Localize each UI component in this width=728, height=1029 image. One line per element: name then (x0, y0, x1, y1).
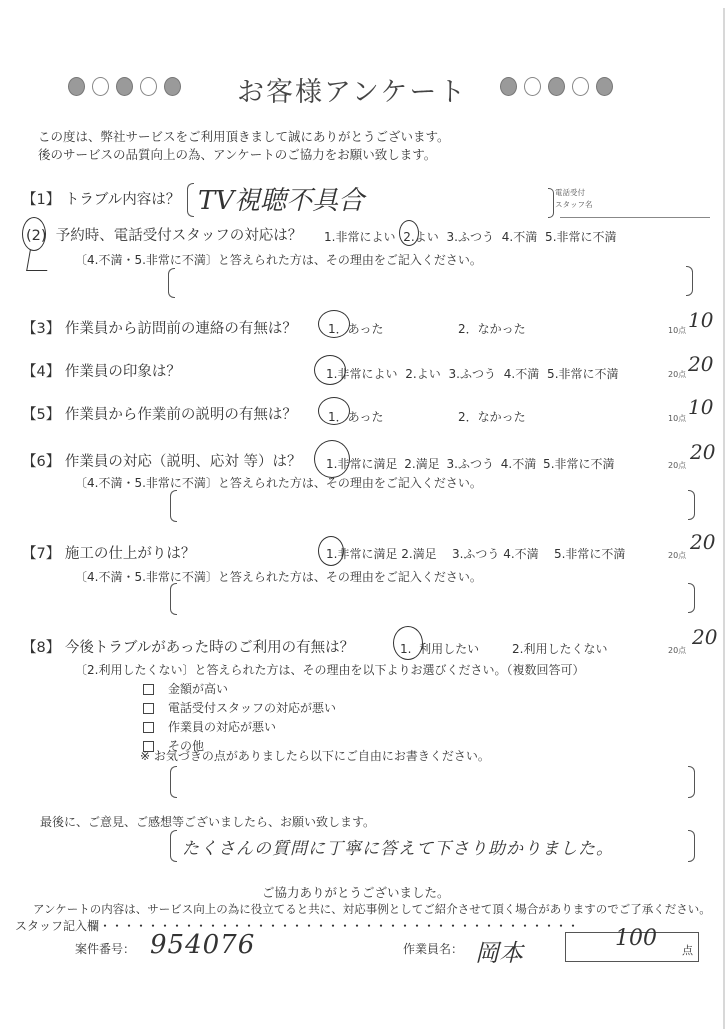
question-5: 【5】 作業員から作業前の説明の有無は？ (22, 403, 297, 424)
question-7-reason-prompt: 〔4.不満・5.非常に不満〕と答えられた方は、その理由をご記入ください。 (75, 568, 482, 585)
reason-field-right (688, 583, 695, 613)
question-2-options[interactable]: 1.非常によい 2.よい 3.ふつう 4.不満 5.非常に不満 (324, 228, 617, 245)
worker-name-label: 作業員名： (403, 940, 463, 957)
question-8: 【8】 今後トラブルがあった時のご利用の有無は？ (22, 636, 354, 657)
intro-text: この度は、弊社サービスをご利用頂きまして誠にありがとうございます。 後のサービス… (38, 128, 450, 164)
question-3-option-2[interactable]: 2．なかった (458, 320, 526, 337)
total-score-handwritten: 100 (615, 926, 657, 951)
reason-field-right (688, 490, 695, 520)
answer-bracket (187, 183, 194, 217)
question-5-option-2[interactable]: 2．なかった (458, 408, 526, 425)
final-comment-field-right (688, 830, 695, 862)
question-8-option-2[interactable]: 2.利用したくない (512, 640, 607, 657)
selected-circle (393, 626, 423, 660)
staff-name-line (560, 217, 710, 218)
question-2: (2) 予約時、電話受付スタッフの対応は？ (26, 224, 302, 245)
case-number-handwritten[interactable]: 954076 (150, 930, 255, 960)
selected-circle (314, 440, 350, 478)
question-6-reason-prompt: 〔4.不満・5.非常に不満〕と答えられた方は、その理由をご記入ください。 (75, 474, 482, 491)
question-6-options[interactable]: 1.非常に満足 2.満足 3.ふつう 4.不満 5.非常に不満 (326, 455, 615, 472)
question-8-reason-prompt: 〔2.利用したくない〕と答えられた方は、その理由を以下よりお選びください。（複数… (75, 661, 584, 678)
question-2-reason-prompt: 〔4.不満・5.非常に不満〕と答えられた方は、その理由をご記入ください。 (75, 251, 482, 268)
answer-1-handwritten[interactable]: TV視聴不具合 (198, 180, 364, 217)
checkbox-phone-staff[interactable]: 電話受付スタッフの対応が悪い (143, 699, 336, 716)
final-comment-prompt: 最後に、ご意見、ご感想等ございましたら、お願い致します。 (40, 813, 375, 830)
decorative-dots-left (68, 77, 181, 96)
reason-field-left[interactable] (168, 268, 175, 298)
thanks-text: ご協力ありがとうございました。 (262, 883, 450, 901)
notice-text: アンケートの内容は、サービス向上の為に役立てると共に、対応事例としてご紹介させて… (33, 901, 711, 917)
checkbox-icon[interactable] (143, 703, 154, 714)
question-7-options[interactable]: 1.非常に満足 2.満足 3.ふつう 4.不満 5.非常に不満 (326, 545, 625, 562)
question-4-options[interactable]: 1.非常によい 2.よい 3.ふつう 4.不満 5.非常に不満 (326, 365, 619, 382)
selected-circle (399, 220, 419, 246)
free-comment-field-left[interactable] (170, 766, 177, 798)
question-1: 【1】 トラブル内容は？ (22, 188, 180, 209)
points-label: 20点 (668, 460, 686, 471)
question-7: 【7】 施工の仕上がりは？ (22, 542, 195, 563)
score-handwritten: 20 (688, 352, 713, 376)
staff-bracket (548, 188, 554, 218)
points-label: 10点 (668, 325, 686, 336)
score-handwritten: 10 (688, 308, 713, 332)
final-comment-field-left[interactable] (170, 830, 177, 862)
staff-name-note: 電話受付スタッフ名 (555, 187, 593, 211)
selected-circle (318, 310, 350, 338)
selected-circle (318, 536, 344, 566)
checkbox-icon[interactable] (143, 722, 154, 733)
score-handwritten: 20 (692, 625, 717, 649)
final-comment-handwritten[interactable]: たくさんの質問に丁寧に答えて下さり助かりました。 (182, 834, 614, 859)
score-handwritten: 20 (690, 530, 715, 554)
question-3: 【3】 作業員から訪問前の連絡の有無は？ (22, 317, 297, 338)
staff-field-label: スタッフ記入欄・・・・・・・・・・・・・・・・・・・・・・・・・・・・・・・・・… (15, 917, 579, 934)
handwritten-check-mark (26, 250, 51, 271)
reason-field-right (686, 266, 693, 296)
free-comment-prompt: ※ お気づきの点がありましたら以下にご自由にお書きください。 (140, 747, 490, 764)
checkbox-worker[interactable]: 作業員の対応が悪い (143, 718, 276, 735)
points-label: 20点 (668, 369, 686, 380)
question-4: 【4】 作業員の印象は？ (22, 360, 181, 381)
decorative-dots-right (500, 77, 613, 96)
question-6: 【6】 作業員の対応（説明、応対 等）は？ (22, 450, 301, 471)
points-label: 20点 (668, 550, 686, 561)
page-title: お客様アンケート (237, 70, 467, 109)
points-label: 10点 (668, 413, 686, 424)
score-handwritten: 20 (690, 440, 715, 464)
selected-circle (314, 355, 346, 385)
case-number-label: 案件番号： (75, 940, 135, 957)
score-unit: 点 (682, 942, 693, 958)
worker-name-handwritten[interactable]: 岡本 (475, 933, 523, 968)
page-edge (723, 8, 725, 1029)
reason-field-left[interactable] (170, 490, 177, 522)
reason-field-left[interactable] (170, 583, 177, 615)
score-handwritten: 10 (688, 395, 713, 419)
checkbox-high-price[interactable]: 金額が高い (143, 680, 228, 697)
selected-circle (318, 397, 350, 425)
points-label: 20点 (668, 645, 686, 656)
checkbox-icon[interactable] (143, 684, 154, 695)
free-comment-field-right (688, 766, 695, 798)
